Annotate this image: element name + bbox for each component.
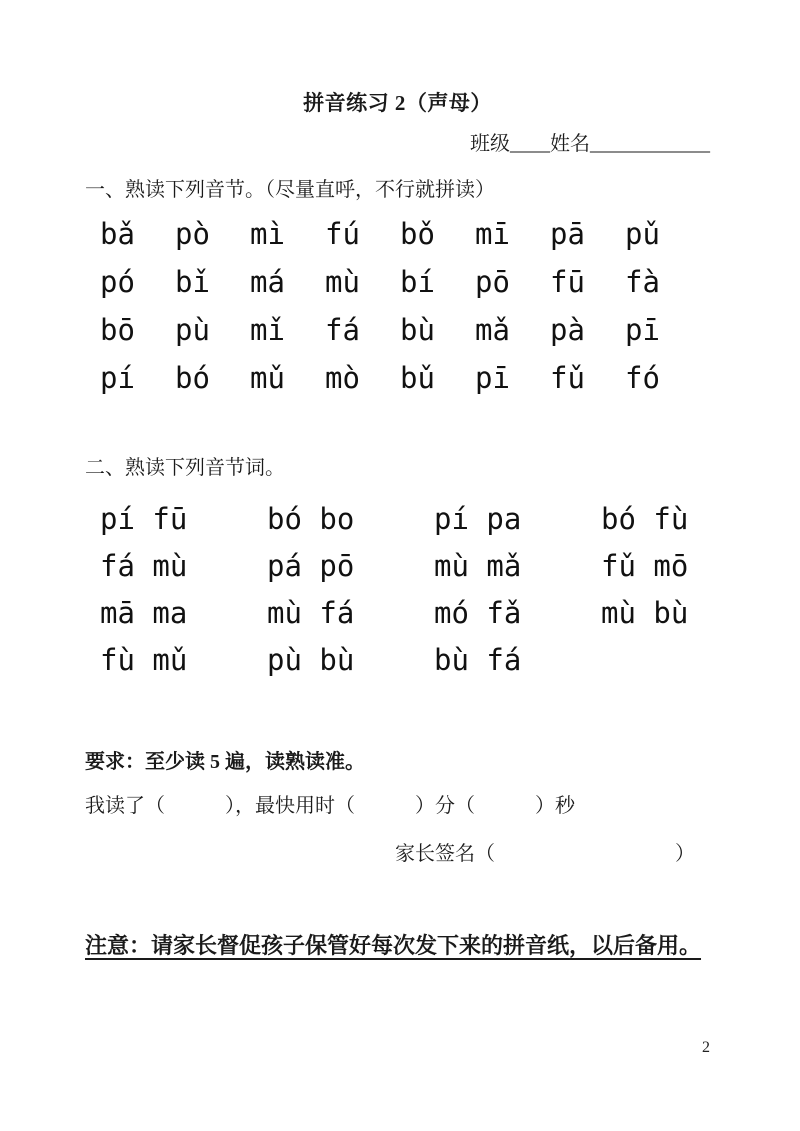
pinyin-syllable: pō bbox=[475, 258, 510, 306]
pinyin-syllable: bí bbox=[400, 258, 435, 306]
section2-word-grid: pí fūbó bopí pabó fùfá mùpá pōmù mǎfǔ mō… bbox=[100, 496, 710, 684]
pinyin-syllable: pù bbox=[175, 306, 210, 354]
notice-line: 注意：请家长督促孩子保管好每次发下来的拼音纸，以后备用。 bbox=[85, 932, 710, 960]
pinyin-syllable: bō bbox=[100, 306, 135, 354]
pinyin-syllable: fǔ mō bbox=[601, 543, 768, 590]
pinyin-syllable: mù fá bbox=[267, 590, 434, 637]
pinyin-syllable: mī bbox=[475, 210, 510, 258]
pinyin-syllable: mǎ bbox=[475, 306, 510, 354]
pinyin-syllable: bù fá bbox=[434, 637, 601, 684]
pinyin-syllable: mò bbox=[325, 354, 360, 402]
pinyin-syllable: bó fù bbox=[601, 496, 768, 543]
pinyin-row: fù mǔpù bùbù fá bbox=[100, 637, 710, 684]
pinyin-syllable: mù bbox=[325, 258, 360, 306]
pinyin-syllable: pǔ bbox=[625, 210, 660, 258]
pinyin-syllable: pí bbox=[100, 354, 135, 402]
pinyin-syllable: mù bù bbox=[601, 590, 768, 637]
pinyin-syllable: bǒ bbox=[400, 210, 435, 258]
pinyin-syllable: fá bbox=[325, 306, 360, 354]
pinyin-row: bǎpòmìfúbǒmīpāpǔ bbox=[100, 210, 660, 258]
parent-signature-blank-line: 家长签名（ ） bbox=[395, 840, 710, 868]
pinyin-row: mā mamù fámó fǎmù bù bbox=[100, 590, 710, 637]
pinyin-syllable: bǐ bbox=[175, 258, 210, 306]
pinyin-syllable: pī bbox=[475, 354, 510, 402]
worksheet-page: 拼音练习 2（声母） 班级____姓名____________ 一、熟读下列音节… bbox=[0, 0, 800, 1131]
page-number: 2 bbox=[702, 1039, 710, 1057]
pinyin-syllable: bù bbox=[400, 306, 435, 354]
class-name-blank-line: 班级____姓名____________ bbox=[85, 130, 710, 158]
pinyin-syllable: mǔ bbox=[250, 354, 285, 402]
pinyin-syllable: mǐ bbox=[250, 306, 285, 354]
pinyin-syllable: pà bbox=[550, 306, 585, 354]
pinyin-syllable: pò bbox=[175, 210, 210, 258]
pinyin-syllable: bǎ bbox=[100, 210, 135, 258]
pinyin-row: póbǐmámùbípōfūfà bbox=[100, 258, 660, 306]
pinyin-syllable: pá pō bbox=[267, 543, 434, 590]
pinyin-syllable: bó bbox=[175, 354, 210, 402]
pinyin-syllable: má bbox=[250, 258, 285, 306]
reading-record-blank-line: 我读了（ ），最快用时（ ）分（ ）秒 bbox=[85, 792, 710, 820]
pinyin-syllable: pí fū bbox=[100, 496, 267, 543]
pinyin-syllable: pù bù bbox=[267, 637, 434, 684]
pinyin-syllable: mù mǎ bbox=[434, 543, 601, 590]
pinyin-syllable: bǔ bbox=[400, 354, 435, 402]
pinyin-syllable: fú bbox=[325, 210, 360, 258]
pinyin-syllable: mā ma bbox=[100, 590, 267, 637]
pinyin-syllable: mó fǎ bbox=[434, 590, 601, 637]
pinyin-syllable: pí pa bbox=[434, 496, 601, 543]
section1-syllable-grid: bǎpòmìfúbǒmīpāpǔpóbǐmámùbípōfūfàbōpùmǐfá… bbox=[100, 210, 660, 402]
pinyin-syllable: pā bbox=[550, 210, 585, 258]
pinyin-syllable: fó bbox=[625, 354, 660, 402]
requirement-line: 要求：至少读 5 遍，读熟读准。 bbox=[85, 748, 710, 776]
section1-heading: 一、熟读下列音节。（尽量直呼，不行就拼读） bbox=[85, 176, 710, 204]
pinyin-syllable: fà bbox=[625, 258, 660, 306]
pinyin-syllable: pó bbox=[100, 258, 135, 306]
section2-heading: 二、熟读下列音节词。 bbox=[85, 454, 710, 482]
page-content: 拼音练习 2（声母） 班级____姓名____________ 一、熟读下列音节… bbox=[0, 88, 800, 960]
pinyin-syllable: fá mù bbox=[100, 543, 267, 590]
pinyin-row: pí fūbó bopí pabó fù bbox=[100, 496, 710, 543]
pinyin-row: bōpùmǐfábùmǎpàpī bbox=[100, 306, 660, 354]
pinyin-syllable: fū bbox=[550, 258, 585, 306]
pinyin-syllable: fǔ bbox=[550, 354, 585, 402]
pinyin-syllable: bó bo bbox=[267, 496, 434, 543]
notice-text: 注意：请家长督促孩子保管好每次发下来的拼音纸，以后备用。 bbox=[85, 933, 701, 958]
pinyin-row: píbómǔmòbǔpīfǔfó bbox=[100, 354, 660, 402]
pinyin-syllable: fù mǔ bbox=[100, 637, 267, 684]
page-title: 拼音练习 2（声母） bbox=[85, 88, 710, 118]
pinyin-syllable: mì bbox=[250, 210, 285, 258]
pinyin-syllable: pī bbox=[625, 306, 660, 354]
pinyin-row: fá mùpá pōmù mǎfǔ mō bbox=[100, 543, 710, 590]
